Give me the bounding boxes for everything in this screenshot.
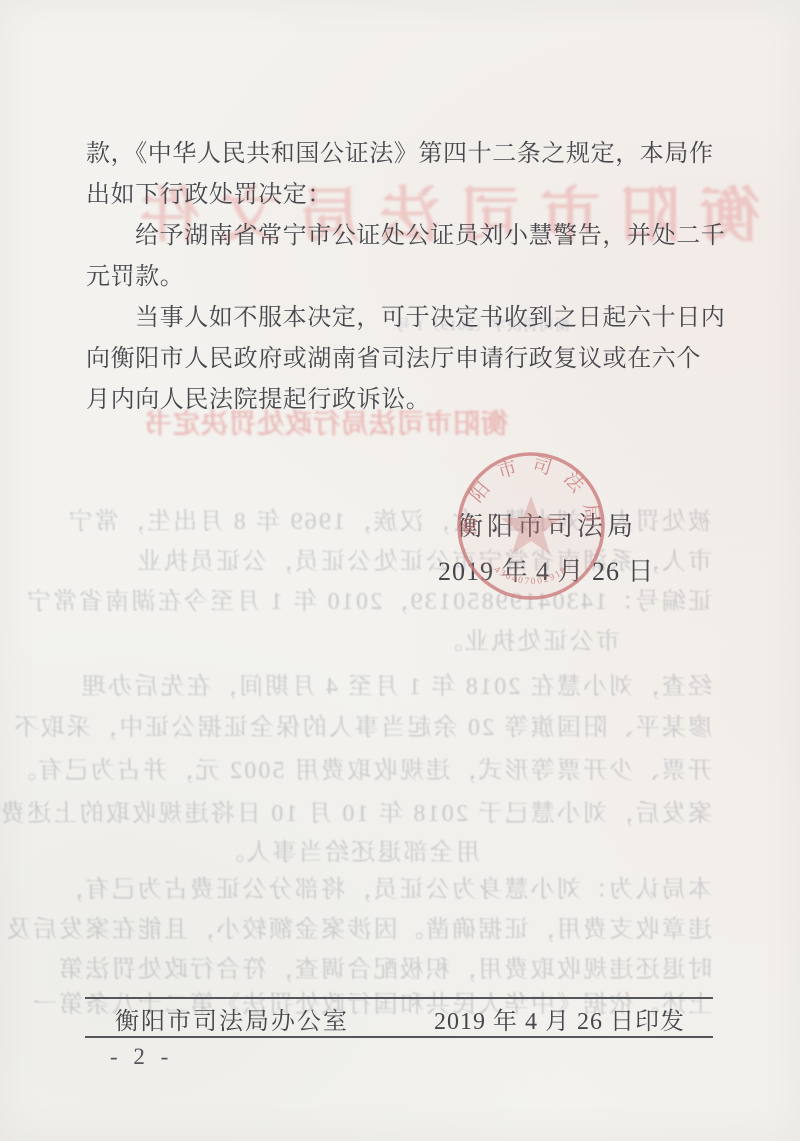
body-line: 月内向人民法院提起行政诉讼。 [86, 380, 706, 421]
decision-body-text: 款，《中华人民共和国公证法》第四十二条之规定，本局作 出如下行政处罚决定： 给予… [86, 134, 706, 421]
footer-rule-top [85, 997, 713, 999]
footer-issuing-office: 衡阳市司法局办公室 [115, 1001, 349, 1036]
body-line: 当事人如不服本决定，可于决定书收到之日起六十日内 [86, 298, 706, 339]
bleedthrough-line: 本局认为：刘小慧身为公证员，将部分公证费占为己有， [88, 869, 712, 904]
scanned-document-page: 衡阳市司法局文件 衡司罚决字〔2019〕1 号 衡阳市司法局行政处罚决定书 被处… [0, 0, 800, 1141]
bleedthrough-line: 案发后，刘小慧已于 2018 年 10 月 10 日将违规收取的上述费 [88, 793, 712, 828]
bleedthrough-line: 市公证处执业。 [88, 621, 620, 656]
official-seal-stamp: 衡阳市司法局 430407002918 [452, 447, 610, 605]
body-line: 给予湖南省常宁市公证处公证员刘小慧警告，并处二千 [86, 216, 706, 257]
bleedthrough-line: 廖某平、阳国旗等 20 余起当事人的保全证据公证中，采取不 [88, 707, 712, 742]
body-line: 出如下行政处罚决定： [86, 175, 706, 216]
bleedthrough-line: 经查，刘小慧在 2018 年 1 月至 4 月期间，在先后办理 [88, 666, 712, 701]
bleedthrough-line: 违章收支费用，证据确凿。因涉案金额较小，且能在案发后及 [88, 909, 712, 944]
bleedthrough-line: 时退还违规收取费用，积极配合调查，符合行政处罚法第 [88, 949, 712, 984]
body-line: 向衡阳市人民政府或湖南省司法厅申请行政复议或在六个 [86, 339, 706, 380]
footer-row: 衡阳市司法局办公室 2019 年 4 月 26 日印发 [85, 1002, 713, 1034]
body-line: 款，《中华人民共和国公证法》第四十二条之规定，本局作 [86, 134, 706, 175]
bleedthrough-line: 用全部退还给当事人。 [88, 832, 480, 867]
footer-print-date: 2019 年 4 月 26 日印发 [434, 1001, 685, 1036]
body-line: 元罚款。 [86, 257, 706, 298]
footer-rule-bottom [85, 1036, 713, 1038]
bleedthrough-line: 开票、少开票等形式，违规收取费用 5002 元，并占为己有。 [88, 750, 712, 785]
page-number: - 2 - [110, 1044, 173, 1070]
